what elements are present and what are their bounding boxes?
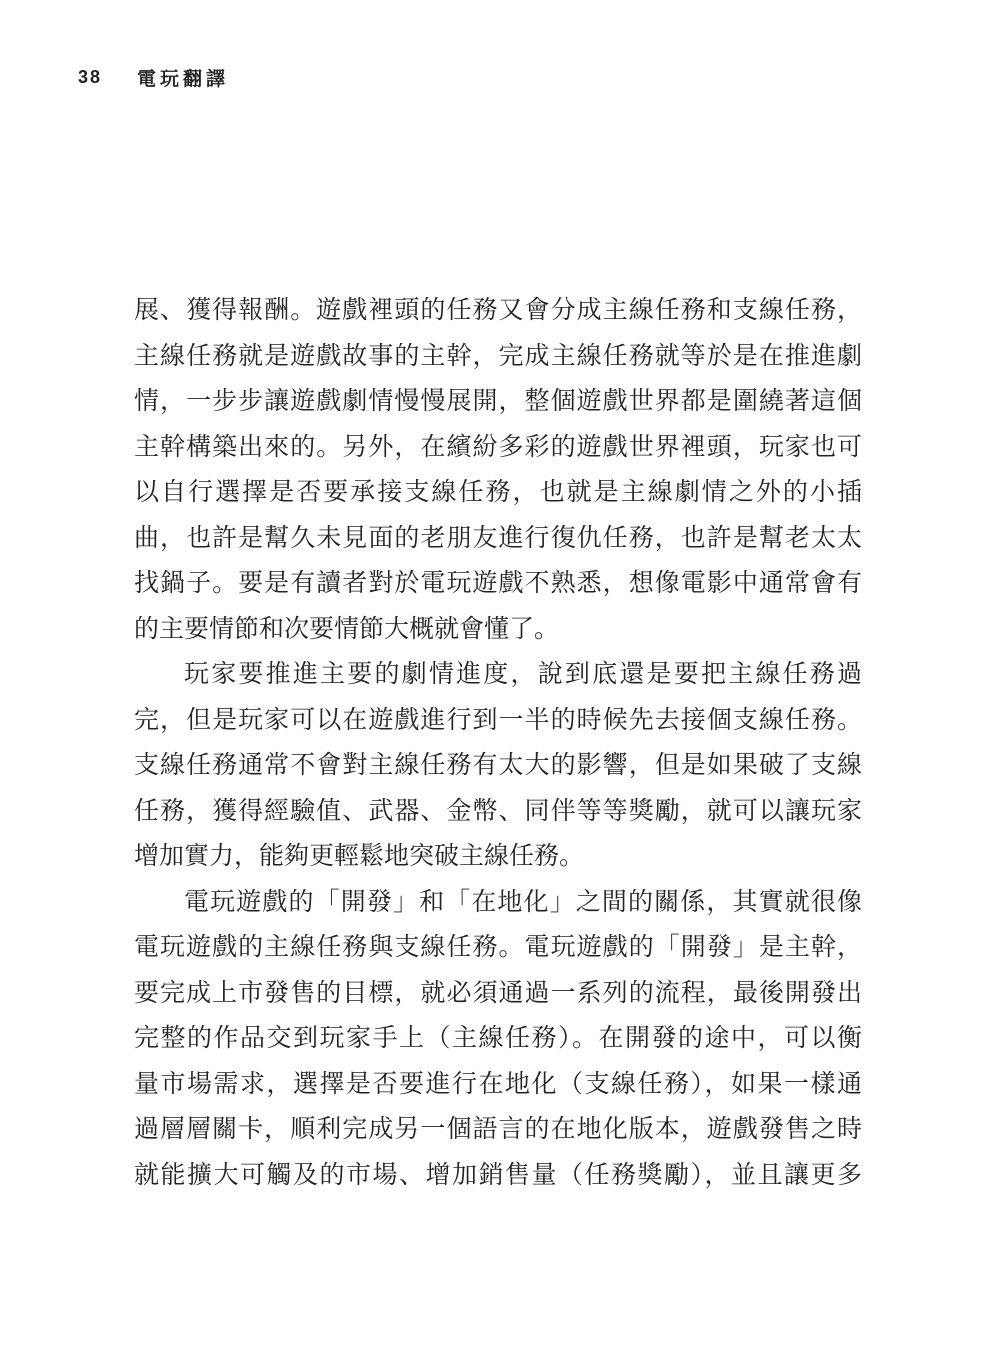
text-line: 主線任務就是遊戲故事的主幹，完成主線任務就等於是在推進劇 — [134, 334, 862, 380]
text-line: 增加實力，能夠更輕鬆地突破主線任務。 — [134, 834, 862, 880]
text-line: 曲，也許是幫久未見面的老朋友進行復仇任務，也許是幫老太太 — [134, 516, 862, 562]
body-text: 展、獲得報酬。遊戲裡頭的任務又會分成主線任務和支線任務， 主線任務就是遊戲故事的… — [134, 288, 862, 1198]
text-line: 的主要情節和次要情節大概就會懂了。 — [134, 607, 862, 653]
text-line: 量市場需求，選擇是否要進行在地化（支線任務），如果一樣通 — [134, 1062, 862, 1108]
book-page: 38 電玩翻譯 展、獲得報酬。遊戲裡頭的任務又會分成主線任務和支線任務， 主線任… — [0, 0, 1000, 1357]
text-line: 電玩遊戲的「開發」和「在地化」之間的關係，其實就很像 — [134, 880, 862, 926]
text-line: 支線任務通常不會對主線任務有太大的影響，但是如果破了支線 — [134, 743, 862, 789]
text-line: 電玩遊戲的主線任務與支線任務。電玩遊戲的「開發」是主幹， — [134, 925, 862, 971]
text-line: 任務，獲得經驗值、武器、金幣、同伴等等獎勵，就可以讓玩家 — [134, 789, 862, 835]
text-line: 完整的作品交到玩家手上（主線任務）。在開發的途中，可以衡 — [134, 1016, 862, 1062]
text-line: 就能擴大可觸及的市場、增加銷售量（任務獎勵），並且讓更多 — [134, 1153, 862, 1199]
page-number: 38 — [78, 67, 102, 88]
text-line: 找鍋子。要是有讀者對於電玩遊戲不熟悉，想像電影中通常會有 — [134, 561, 862, 607]
text-line: 情，一步步讓遊戲劇情慢慢展開，整個遊戲世界都是圍繞著這個 — [134, 379, 862, 425]
text-line: 玩家要推進主要的劇情進度，說到底還是要把主線任務過 — [134, 652, 862, 698]
text-line: 以自行選擇是否要承接支線任務，也就是主線劇情之外的小插 — [134, 470, 862, 516]
running-title: 電玩翻譯 — [137, 64, 229, 91]
text-line: 過層層關卡，順利完成另一個語言的在地化版本，遊戲發售之時 — [134, 1107, 862, 1153]
text-line: 展、獲得報酬。遊戲裡頭的任務又會分成主線任務和支線任務， — [134, 288, 862, 334]
text-line: 主幹構築出來的。另外，在繽紛多彩的遊戲世界裡頭，玩家也可 — [134, 425, 862, 471]
text-line: 要完成上市發售的目標，就必須通過一系列的流程，最後開發出 — [134, 971, 862, 1017]
text-line: 完，但是玩家可以在遊戲進行到一半的時候先去接個支線任務。 — [134, 698, 862, 744]
